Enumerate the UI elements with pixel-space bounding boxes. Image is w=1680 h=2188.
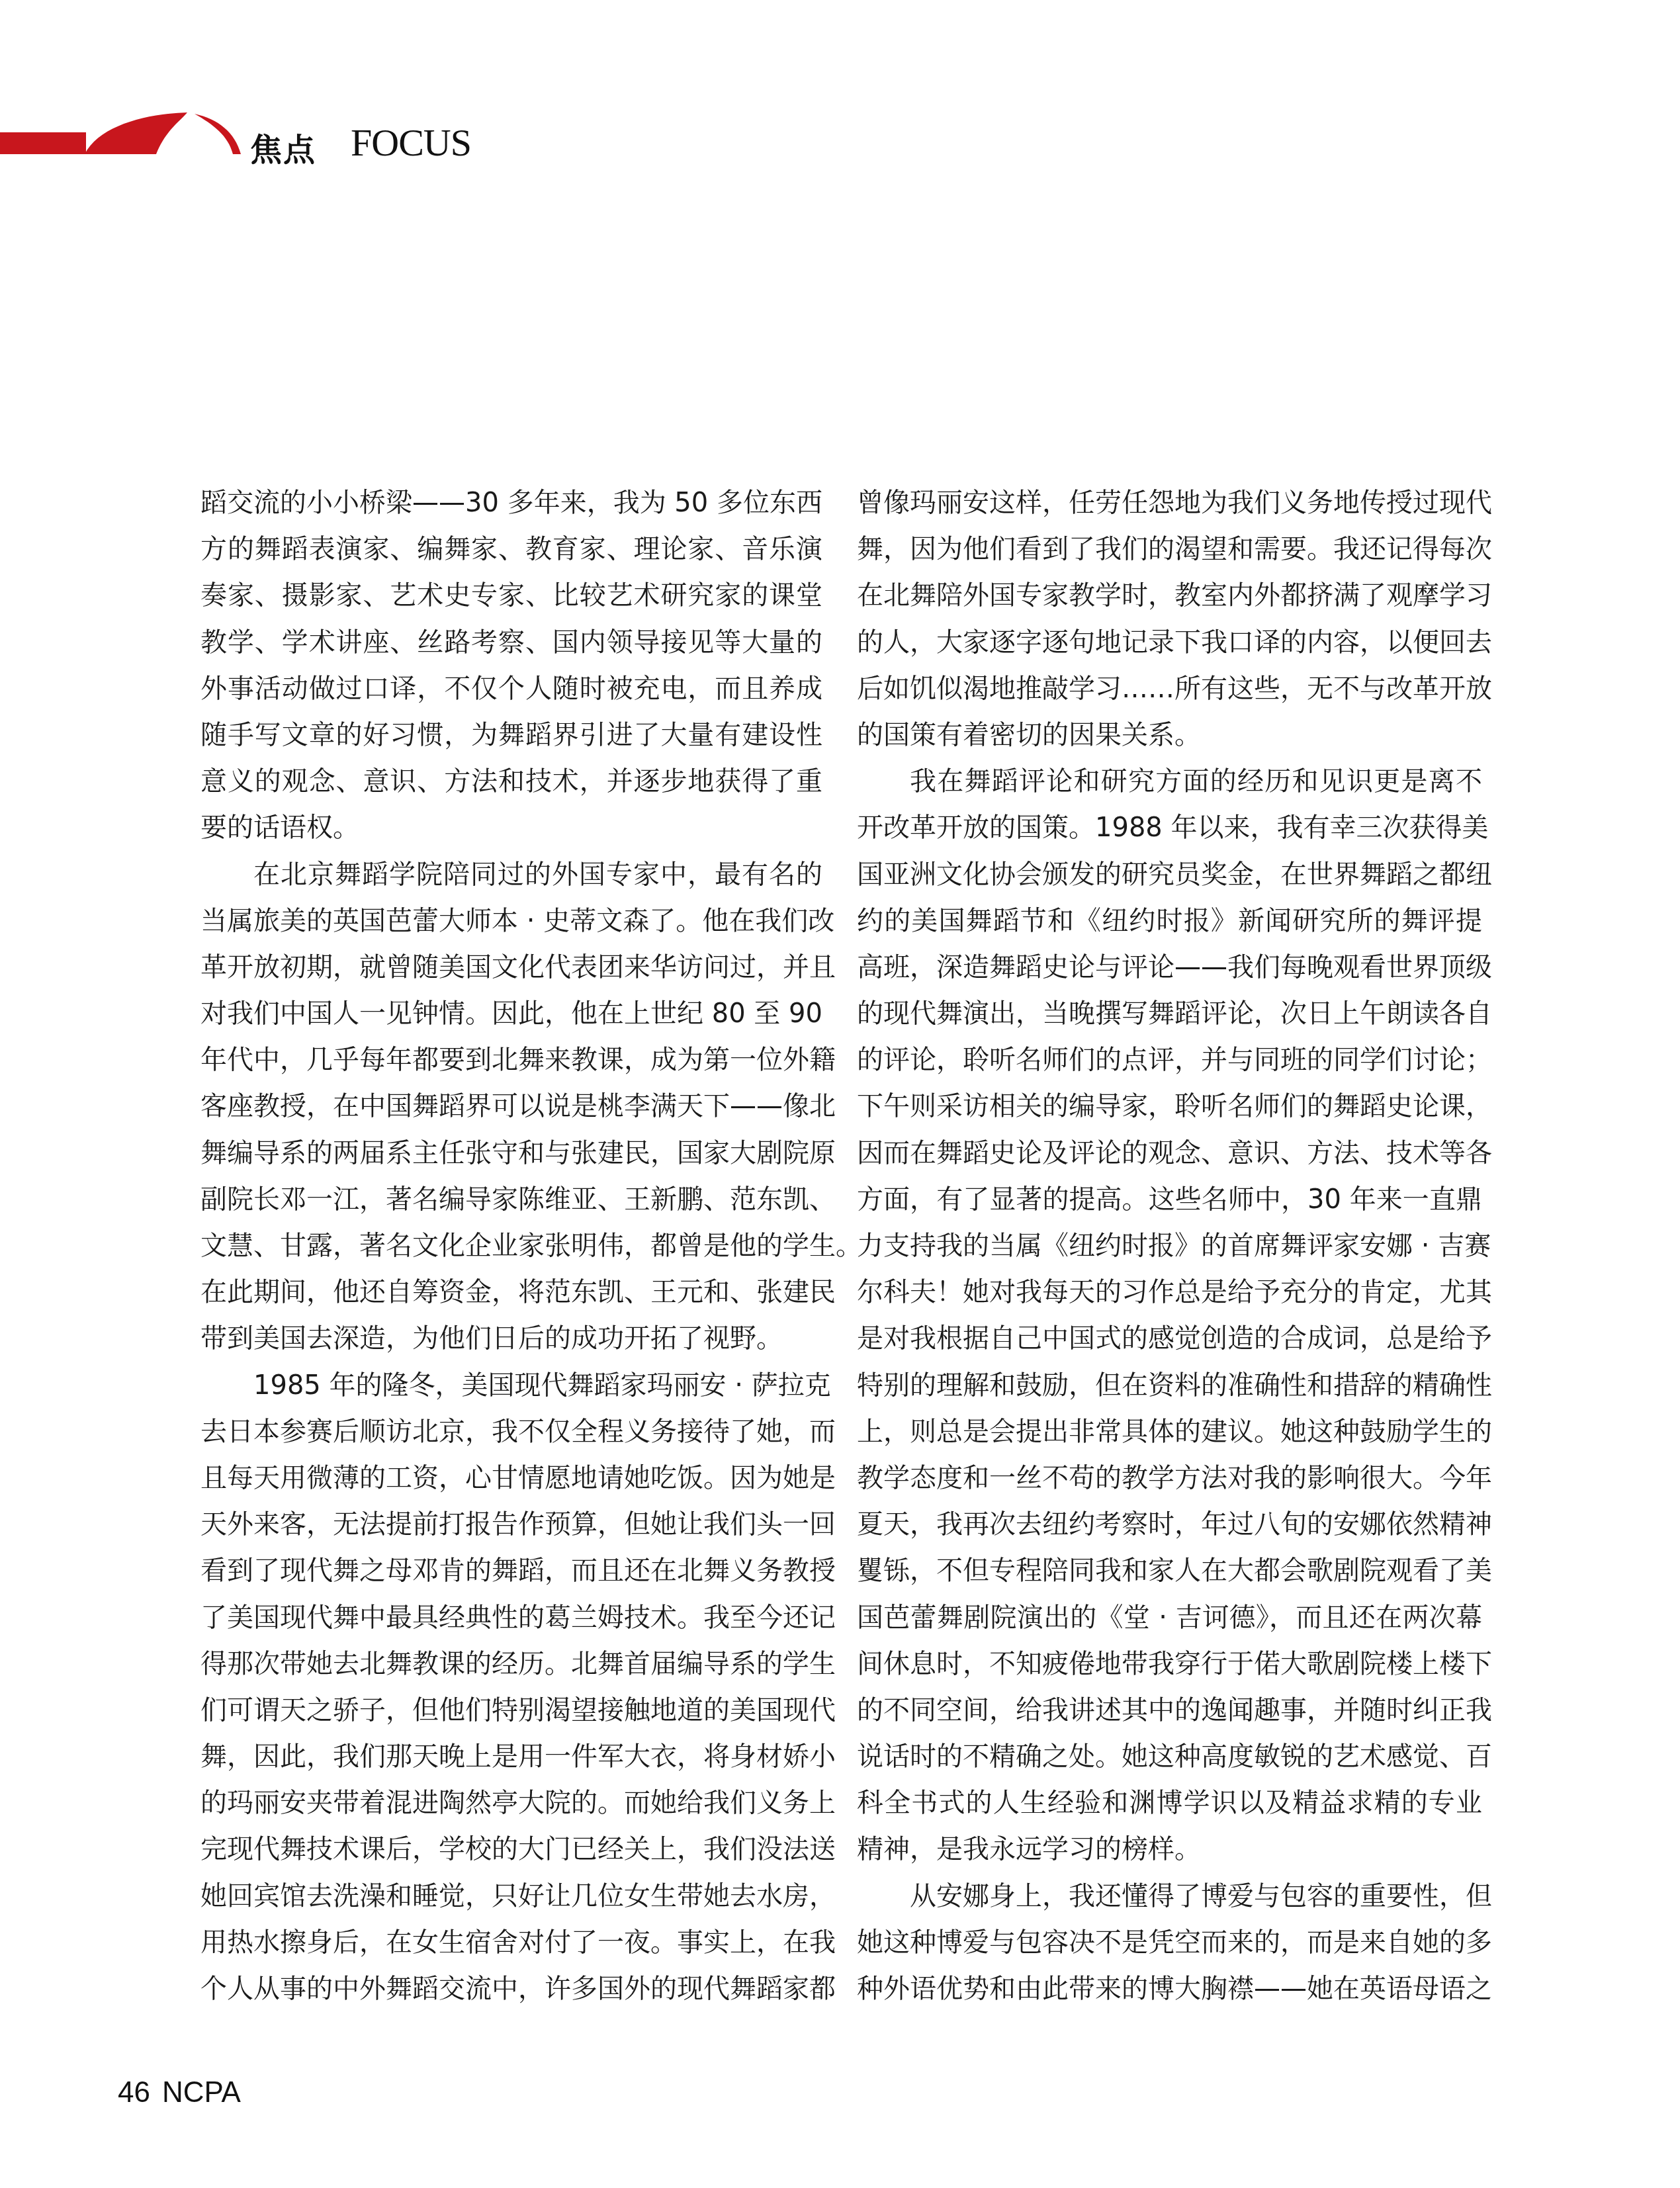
text-line: 精神，是我永远学习的榜样。 xyxy=(857,1826,1482,1872)
text-line: 在北舞陪外国专家教学时，教室内外都挤满了观摩学习 xyxy=(857,572,1482,619)
text-line: 种外语优势和由此带来的博大胸襟——她在英语母语之 xyxy=(857,1966,1482,2012)
text-line: 的评论，聆听名师们的点评，并与同班的同学们讨论； xyxy=(857,1037,1482,1083)
text-line: 方面，有了显著的提高。这些名师中，30 年来一直鼎 xyxy=(857,1176,1482,1223)
text-line: 约的美国舞蹈节和《纽约时报》新闻研究所的舞评提 xyxy=(857,898,1482,944)
text-line: 特别的理解和鼓励，但在资料的准确性和措辞的精确性 xyxy=(857,1362,1482,1409)
text-line: 文慧、甘露，著名文化企业家张明伟，都曾是他的学生。 xyxy=(200,1223,822,1269)
text-line: 完现代舞技术课后，学校的大门已经关上，我们没法送 xyxy=(200,1826,822,1872)
text-line: 个人从事的中外舞蹈交流中，许多国外的现代舞蹈家都 xyxy=(200,1966,822,2012)
text-line: 国亚洲文化协会颁发的研究员奖金，在世界舞蹈之都纽 xyxy=(857,852,1482,898)
page-footer: 46NCPA xyxy=(118,2076,253,2109)
text-line: 后如饥似渴地推敲学习……所有这些，无不与改革开放 xyxy=(857,666,1482,712)
text-line: 舞编导系的两届系主任张守和与张建民，国家大剧院原 xyxy=(200,1130,822,1176)
text-line: 方的舞蹈表演家、编舞家、教育家、理论家、音乐演 xyxy=(200,526,822,572)
text-line: 的玛丽安夹带着混进陶然亭大院的。而她给我们义务上 xyxy=(200,1780,822,1826)
text-line: 科全书式的人生经验和渊博学识以及精益求精的专业 xyxy=(857,1780,1482,1826)
text-line: 夏天，我再次去纽约考察时，年过八旬的安娜依然精神 xyxy=(857,1501,1482,1548)
text-line: 曾像玛丽安这样，任劳任怨地为我们义务地传授过现代 xyxy=(857,480,1482,526)
article-column-right: 曾像玛丽安这样，任劳任怨地为我们义务地传授过现代舞，因为他们看到了我们的渴望和需… xyxy=(857,480,1482,2012)
text-line: 舞，因为他们看到了我们的渴望和需要。我还记得每次 xyxy=(857,526,1482,572)
text-line: 们可谓天之骄子，但他们特别渴望接触地道的美国现代 xyxy=(200,1687,822,1733)
article-column-left: 蹈交流的小小桥梁——30 多年来，我为 50 多位东西方的舞蹈表演家、编舞家、教… xyxy=(200,480,822,2012)
text-line: 她回宾馆去洗澡和睡觉，只好让几位女生带她去水房， xyxy=(200,1873,822,1919)
text-line: 了美国现代舞中最具经典性的葛兰姆技术。我至今还记 xyxy=(200,1595,822,1641)
text-line: 舞，因此，我们那天晚上是用一件军大衣，将身材娇小 xyxy=(200,1733,822,1780)
text-line: 的不同空间，给我讲述其中的逸闻趣事，并随时纠正我 xyxy=(857,1687,1482,1733)
text-line: 去日本参赛后顺访北京，我不仅全程义务接待了她，而 xyxy=(200,1409,822,1455)
text-line: 对我们中国人一见钟情。因此，他在上世纪 80 至 90 xyxy=(200,990,822,1037)
page-number: 46 xyxy=(118,2076,150,2109)
text-line: 从安娜身上，我还懂得了博爱与包容的重要性，但 xyxy=(857,1873,1482,1919)
section-header: 焦点 FOCUS xyxy=(0,106,503,172)
text-line: 的国策有着密切的因果关系。 xyxy=(857,712,1482,758)
text-line: 得那次带她去北舞教课的经历。北舞首届编导系的学生 xyxy=(200,1641,822,1687)
text-line: 带到美国去深造，为他们日后的成功开拓了视野。 xyxy=(200,1315,822,1362)
text-line: 矍铄，不但专程陪同我和家人在大都会歌剧院观看了美 xyxy=(857,1548,1482,1594)
text-line: 的人，大家逐字逐句地记录下我口译的内容，以便回去 xyxy=(857,619,1482,666)
section-title-en: FOCUS xyxy=(351,120,471,165)
text-line: 上，则总是会提出非常具体的建议。她这种鼓励学生的 xyxy=(857,1409,1482,1455)
text-line: 在北京舞蹈学院陪同过的外国专家中，最有名的 xyxy=(200,852,822,898)
text-line: 高班，深造舞蹈史论与评论——我们每晚观看世界顶级 xyxy=(857,944,1482,990)
text-line: 开改革开放的国策。1988 年以来，我有幸三次获得美 xyxy=(857,805,1482,851)
text-line: 教学态度和一丝不苟的教学方法对我的影响很大。今年 xyxy=(857,1455,1482,1501)
text-line: 间休息时，不知疲倦地带我穿行于偌大歌剧院楼上楼下 xyxy=(857,1641,1482,1687)
text-line: 客座教授，在中国舞蹈界可以说是桃李满天下——像北 xyxy=(200,1083,822,1129)
text-line: 奏家、摄影家、艺术史专家、比较艺术研究家的课堂 xyxy=(200,572,822,619)
section-title-cn: 焦点 xyxy=(250,124,316,170)
text-line: 国芭蕾舞剧院演出的《堂 · 吉诃德》，而且还在两次幕 xyxy=(857,1595,1482,1641)
text-line: 的现代舞演出，当晚撰写舞蹈评论，次日上午朗读各自 xyxy=(857,990,1482,1037)
text-line: 她这种博爱与包容决不是凭空而来的，而是来自她的多 xyxy=(857,1919,1482,1966)
text-line: 年代中，几乎每年都要到北舞来教课，成为第一位外籍 xyxy=(200,1037,822,1083)
publication-name: NCPA xyxy=(162,2076,241,2109)
text-line: 因而在舞蹈史论及评论的观念、意识、方法、技术等各 xyxy=(857,1130,1482,1176)
text-line: 力支持我的当属《纽约时报》的首席舞评家安娜 · 吉赛 xyxy=(857,1223,1482,1269)
text-line: 蹈交流的小小桥梁——30 多年来，我为 50 多位东西 xyxy=(200,480,822,526)
text-line: 我在舞蹈评论和研究方面的经历和见识更是离不 xyxy=(857,758,1482,805)
text-line: 要的话语权。 xyxy=(200,805,822,851)
text-line: 下午则采访相关的编导家，聆听名师们的舞蹈史论课， xyxy=(857,1083,1482,1129)
text-line: 在此期间，他还自筹资金，将范东凯、王元和、张建民 xyxy=(200,1269,822,1315)
text-line: 看到了现代舞之母邓肯的舞蹈，而且还在北舞义务教授 xyxy=(200,1548,822,1594)
text-line: 说话时的不精确之处。她这种高度敏锐的艺术感觉、百 xyxy=(857,1733,1482,1780)
text-line: 用热水擦身后，在女生宿舍对付了一夜。事实上，在我 xyxy=(200,1919,822,1966)
text-line: 当属旅美的英国芭蕾大师本 · 史蒂文森了。他在我们改 xyxy=(200,898,822,944)
text-line: 意义的观念、意识、方法和技术，并逐步地获得了重 xyxy=(200,758,822,805)
text-line: 随手写文章的好习惯，为舞蹈界引进了大量有建设性 xyxy=(200,712,822,758)
text-line: 副院长邓一江，著名编导家陈维亚、王新鹏、范东凯、 xyxy=(200,1176,822,1223)
text-line: 1985 年的隆冬，美国现代舞蹈家玛丽安 · 萨拉克 xyxy=(200,1362,822,1409)
text-line: 尔科夫！她对我每天的习作总是给予充分的肯定，尤其 xyxy=(857,1269,1482,1315)
text-line: 天外来客，无法提前打报告作预算，但她让我们头一回 xyxy=(200,1501,822,1548)
text-line: 且每天用微薄的工资，心甘情愿地请她吃饭。因为她是 xyxy=(200,1455,822,1501)
text-line: 教学、学术讲座、丝路考察、国内领导接见等大量的 xyxy=(200,619,822,666)
text-line: 是对我根据自己中国式的感觉创造的合成词，总是给予 xyxy=(857,1315,1482,1362)
text-line: 革开放初期，就曾随美国文化代表团来华访问过，并且 xyxy=(200,944,822,990)
text-line: 外事活动做过口译，不仅个人随时被充电，而且养成 xyxy=(200,666,822,712)
